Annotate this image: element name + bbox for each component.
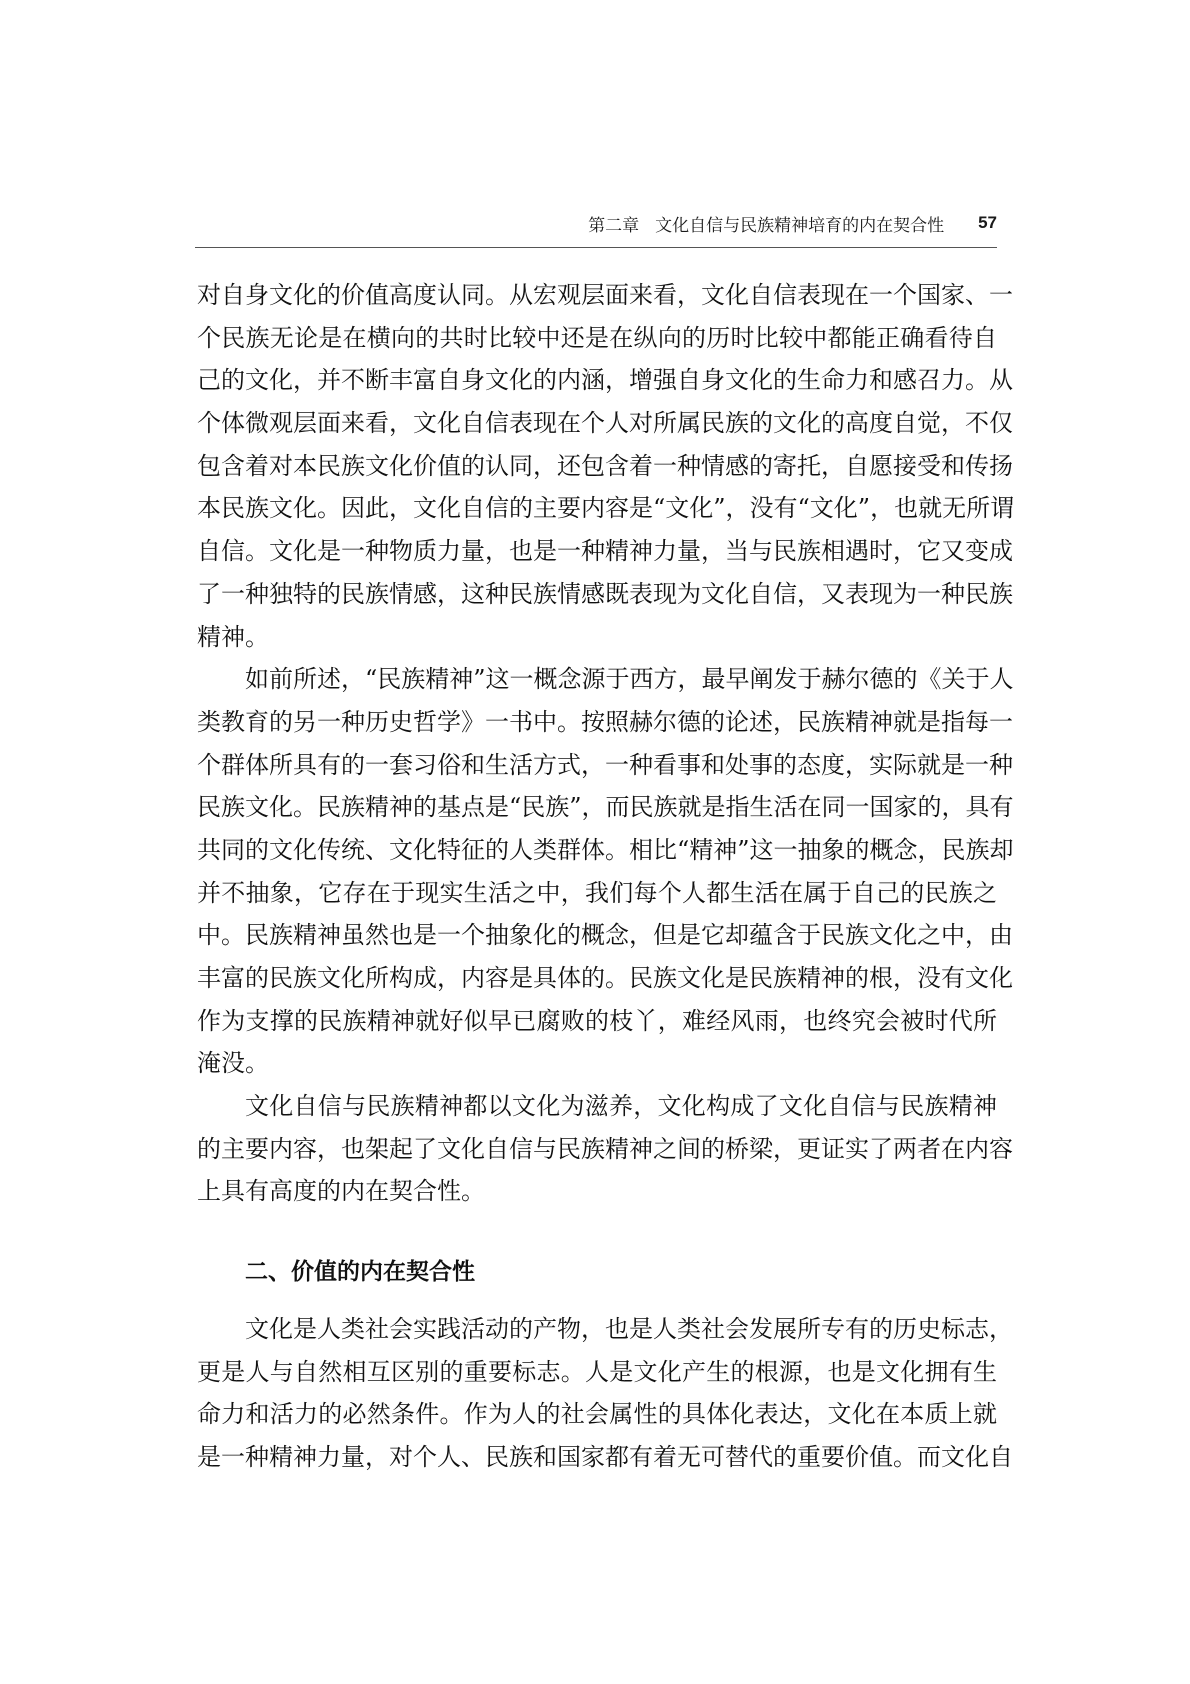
text-line: 个民族无论是在横向的共时比较中还是在纵向的历时比较中都能正确看待自 (197, 317, 997, 360)
text-line: 丰富的民族文化所构成，内容是具体的。民族文化是民族精神的根，没有文化 (197, 957, 997, 1000)
text-line: 文化是人类社会实践活动的产物，也是人类社会发展所专有的历史标志， (197, 1308, 997, 1351)
body-text: 对自身文化的价值高度认同。从宏观层面来看，文化自信表现在一个国家、一 个民族无论… (197, 274, 997, 1479)
text-line: 如前所述，“民族精神”这一概念源于西方，最早阐发于赫尔德的《关于人 (197, 658, 997, 701)
text-line: 了一种独特的民族情感，这种民族情感既表现为文化自信，又表现为一种民族 (197, 573, 997, 616)
text-line: 精神。 (197, 616, 997, 659)
text-line: 的主要内容，也架起了文化自信与民族精神之间的桥梁，更证实了两者在内容 (197, 1128, 997, 1171)
text-line: 共同的文化传统、文化特征的人类群体。相比“精神”这一抽象的概念，民族却 (197, 829, 997, 872)
text-line: 包含着对本民族文化价值的认同，还包含着一种情感的寄托，自愿接受和传扬 (197, 445, 997, 488)
text-line: 个体微观层面来看，文化自信表现在个人对所属民族的文化的高度自觉，不仅 (197, 402, 997, 445)
text-line: 上具有高度的内在契合性。 (197, 1170, 997, 1213)
text-line: 类教育的另一种历史哲学》一书中。按照赫尔德的论述，民族精神就是指每一 (197, 701, 997, 744)
text-line: 作为支撑的民族精神就好似早已腐败的枝丫，难经风雨，也终究会被时代所 (197, 1000, 997, 1043)
text-line: 更是人与自然相互区别的重要标志。人是文化产生的根源，也是文化拥有生 (197, 1351, 997, 1394)
paragraph-2: 如前所述，“民族精神”这一概念源于西方，最早阐发于赫尔德的《关于人 类教育的另一… (197, 658, 997, 1085)
text-line: 对自身文化的价值高度认同。从宏观层面来看，文化自信表现在一个国家、一 (197, 274, 997, 317)
chapter-number: 第二章 (588, 211, 639, 236)
page-number: 57 (978, 213, 997, 233)
paragraph-3: 文化自信与民族精神都以文化为滋养，文化构成了文化自信与民族精神 的主要内容，也架… (197, 1085, 997, 1213)
text-line: 命力和活力的必然条件。作为人的社会属性的具体化表达，文化在本质上就 (197, 1393, 997, 1436)
text-line: 民族文化。民族精神的基点是“民族”，而民族就是指生活在同一国家的，具有 (197, 786, 997, 829)
text-line: 己的文化，并不断丰富自身文化的内涵，增强自身文化的生命力和感召力。从 (197, 359, 997, 402)
text-line: 自信。文化是一种物质力量，也是一种精神力量，当与民族相遇时，它又变成 (197, 530, 997, 573)
text-line: 本民族文化。因此，文化自信的主要内容是“文化”，没有“文化”，也就无所谓 (197, 487, 997, 530)
section-paragraph-1: 文化是人类社会实践活动的产物，也是人类社会发展所专有的历史标志， 更是人与自然相… (197, 1308, 997, 1479)
text-line: 文化自信与民族精神都以文化为滋养，文化构成了文化自信与民族精神 (197, 1085, 997, 1128)
header-rule (195, 247, 997, 248)
running-header: 第二章 文化自信与民族精神培育的内在契合性 57 (197, 209, 997, 237)
text-line: 淹没。 (197, 1042, 997, 1085)
text-line: 中。民族精神虽然也是一个抽象化的概念，但是它却蕴含于民族文化之中，由 (197, 914, 997, 957)
text-line: 个群体所具有的一套习俗和生活方式，一种看事和处事的态度，实际就是一种 (197, 744, 997, 787)
text-line: 是一种精神力量，对个人、民族和国家都有着无可替代的重要价值。而文化自 (197, 1436, 997, 1479)
chapter-title: 文化自信与民族精神培育的内在契合性 (655, 211, 944, 236)
section-heading: 二、价值的内在契合性 (197, 1251, 997, 1294)
text-line: 并不抽象，它存在于现实生活之中，我们每个人都生活在属于自己的民族之 (197, 872, 997, 915)
paragraph-1: 对自身文化的价值高度认同。从宏观层面来看，文化自信表现在一个国家、一 个民族无论… (197, 274, 997, 658)
